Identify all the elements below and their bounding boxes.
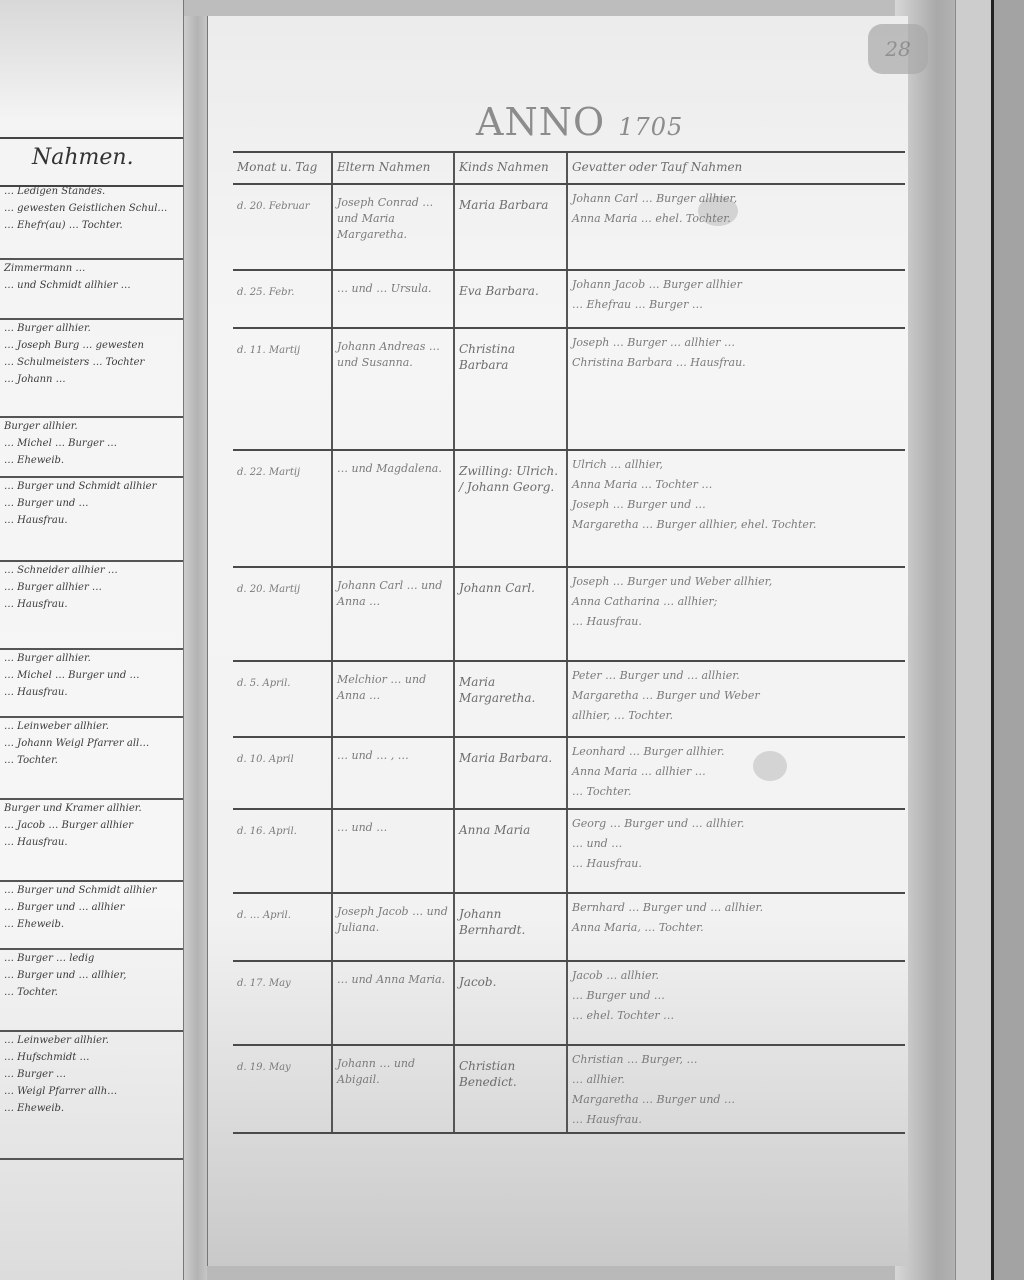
baptism-date: d. … April.	[233, 894, 333, 960]
godparents-cell: Joseph … Burger … allhier …Christina Bar…	[568, 329, 905, 449]
column-header-child: Kinds Nahmen	[455, 153, 568, 183]
baptism-register-table: Monat u. Tag Eltern Nahmen Kinds Nahmen …	[233, 151, 905, 1134]
godparent-line: … Hausfrau.	[572, 1112, 901, 1128]
left-entry-line: … Weigl Pfarrer allh…	[0, 1083, 183, 1100]
left-page-entry: … Burger allhier.… Joseph Burg … geweste…	[0, 320, 183, 418]
godparents-cell: Johann Jacob … Burger allhier… Ehefrau ……	[568, 271, 905, 327]
left-entry-line: … Hausfrau.	[0, 684, 183, 701]
ink-blot	[753, 751, 787, 781]
table-header: Monat u. Tag Eltern Nahmen Kinds Nahmen …	[233, 151, 905, 185]
table-row: d. 25. Febr.… und … Ursula.Eva Barbara.J…	[233, 271, 905, 329]
child-name: Anna Maria	[455, 810, 568, 892]
left-page-entry: Burger allhier.… Michel … Burger …… Ehew…	[0, 418, 183, 478]
left-entry-line: … Leinweber allhier.	[0, 1032, 183, 1049]
baptism-date: d. 17. May	[233, 962, 333, 1044]
left-entry-line: Burger allhier.	[0, 418, 183, 435]
godparents-cell: Georg … Burger und … allhier.… und …… Ha…	[568, 810, 905, 892]
table-row: d. 10. April… und … , …Maria Barbara.Leo…	[233, 738, 905, 810]
left-entry-line: … Burger und …	[0, 495, 183, 512]
godparent-line: … Hausfrau.	[572, 856, 901, 872]
godparent-line: Joseph … Burger und …	[572, 497, 901, 513]
godparent-line: Margaretha … Burger allhier, ehel. Tocht…	[572, 517, 901, 533]
left-entry-line: … Hausfrau.	[0, 596, 183, 613]
left-page-header: Nahmen.	[0, 137, 183, 187]
left-entry-line: … Burger allhier.	[0, 320, 183, 337]
table-row: d. 20. FebruarJoseph Conrad … und Maria …	[233, 185, 905, 271]
table-row: d. 17. May… und Anna Maria.Jacob.Jacob ……	[233, 962, 905, 1046]
baptism-date: d. 20. Martij	[233, 568, 333, 660]
left-entry-line: … Burger allhier.	[0, 650, 183, 667]
child-name: Maria Barbara.	[455, 738, 568, 808]
column-header-godparents: Gevatter oder Tauf Nahmen	[568, 153, 905, 183]
godparent-line: Georg … Burger und … allhier.	[572, 816, 901, 832]
left-page-entry: … Burger … ledig… Burger und … allhier,……	[0, 950, 183, 1032]
left-entry-line: … Hausfrau.	[0, 834, 183, 851]
godparents-cell: Leonhard … Burger allhier.Anna Maria … a…	[568, 738, 905, 808]
left-entry-line: … Burger und Schmidt allhier	[0, 478, 183, 495]
godparent-line: Margaretha … Burger und …	[572, 1092, 901, 1108]
left-entry-line: Zimmermann …	[0, 260, 183, 277]
left-entry-line: … Johann …	[0, 371, 183, 388]
left-entry-line: … Schulmeisters … Tochter	[0, 354, 183, 371]
parents-names: … und …	[333, 810, 455, 892]
godparent-line: Joseph … Burger … allhier …	[572, 335, 901, 351]
godparents-cell: Joseph … Burger und Weber allhier,Anna C…	[568, 568, 905, 660]
child-name: Jacob.	[455, 962, 568, 1044]
baptism-date: d. 16. April.	[233, 810, 333, 892]
left-entry-line: … Hufschmidt …	[0, 1049, 183, 1066]
parents-names: … und Magdalena.	[333, 451, 455, 566]
godparent-line: … Ehefrau … Burger …	[572, 297, 901, 313]
table-row: d. 22. Martij… und Magdalena.Zwilling: U…	[233, 451, 905, 568]
child-name: Christian Benedict.	[455, 1046, 568, 1132]
folio-number: 28	[868, 24, 928, 74]
folio-number-text: 28	[868, 24, 928, 74]
godparents-cell: Bernhard … Burger und … allhier.Anna Mar…	[568, 894, 905, 960]
godparent-line: … allhier.	[572, 1072, 901, 1088]
baptism-date: d. 5. April.	[233, 662, 333, 736]
left-entry-line: Burger und Kramer allhier.	[0, 800, 183, 817]
godparent-line: … Hausfrau.	[572, 614, 901, 630]
title-anno: ANNO	[476, 100, 605, 144]
left-entry-line: … Burger und … allhier	[0, 899, 183, 916]
godparent-line: Anna Maria … Tochter …	[572, 477, 901, 493]
left-entry-line: … und Schmidt allhier …	[0, 277, 183, 294]
title-year: 1705	[618, 113, 683, 141]
child-name: Maria Barbara	[455, 185, 568, 269]
left-entry-line: … Ledigen Standes.	[0, 183, 183, 200]
page-title: ANNO 1705	[476, 100, 683, 144]
godparent-line: allhier, … Tochter.	[572, 708, 901, 724]
left-entry-line: … Burger und Schmidt allhier	[0, 882, 183, 899]
page-top-shadow	[183, 0, 963, 16]
godparents-cell: Johann Carl … Burger allhier,Anna Maria …	[568, 185, 905, 269]
godparent-line: Ulrich … allhier,	[572, 457, 901, 473]
godparent-line: Christina Barbara … Hausfrau.	[572, 355, 901, 371]
godparents-cell: Christian … Burger, …… allhier.Margareth…	[568, 1046, 905, 1132]
left-entry-line: … Burger … ledig	[0, 950, 183, 967]
table-row: d. 19. MayJohann … und Abigail.Christian…	[233, 1046, 905, 1134]
child-name: Eva Barbara.	[455, 271, 568, 327]
godparents-cell: Peter … Burger und … allhier.Margaretha …	[568, 662, 905, 736]
table-row: d. 5. April.Melchior … und Anna …Maria M…	[233, 662, 905, 738]
godparent-line: Johann Jacob … Burger allhier	[572, 277, 901, 293]
parents-names: Johann … und Abigail.	[333, 1046, 455, 1132]
baptism-date: d. 19. May	[233, 1046, 333, 1132]
left-entry-line: … Tochter.	[0, 984, 183, 1001]
left-page-entry: Burger und Kramer allhier.… Jacob … Burg…	[0, 800, 183, 882]
godparent-line: Margaretha … Burger und Weber	[572, 688, 901, 704]
left-entry-line: … Burger …	[0, 1066, 183, 1083]
table-row: d. 20. MartijJohann Carl … und Anna …Joh…	[233, 568, 905, 662]
left-entry-line: … Michel … Burger und …	[0, 667, 183, 684]
book-gutter	[183, 0, 207, 1280]
left-entry-line: … Jacob … Burger allhier	[0, 817, 183, 834]
baptism-date: d. 11. Martij	[233, 329, 333, 449]
column-header-date: Monat u. Tag	[233, 153, 333, 183]
godparent-line: Peter … Burger und … allhier.	[572, 668, 901, 684]
left-page-entry: … Burger und Schmidt allhier… Burger und…	[0, 882, 183, 950]
godparent-line: … und …	[572, 836, 901, 852]
godparent-line: Anna Maria … allhier …	[572, 764, 901, 780]
scan-border	[991, 0, 1024, 1280]
table-row: d. … April.Joseph Jacob … und Juliana.Jo…	[233, 894, 905, 962]
left-entry-line: … Hausfrau.	[0, 512, 183, 529]
left-page-entry: … Leinweber allhier.… Johann Weigl Pfarr…	[0, 718, 183, 800]
child-name: Johann Carl.	[455, 568, 568, 660]
parents-names: … und Anna Maria.	[333, 962, 455, 1044]
left-page-entry: Zimmermann …… und Schmidt allhier …	[0, 260, 183, 320]
table-row: d. 16. April.… und …Anna MariaGeorg … Bu…	[233, 810, 905, 894]
child-name: Zwilling: Ulrich. / Johann Georg.	[455, 451, 568, 566]
child-name: Johann Bernhardt.	[455, 894, 568, 960]
baptism-date: d. 22. Martij	[233, 451, 333, 566]
ink-blot	[698, 196, 738, 226]
left-entry-line: … Eheweib.	[0, 1100, 183, 1117]
godparent-line: Christian … Burger, …	[572, 1052, 901, 1068]
column-header-parents: Eltern Nahmen	[333, 153, 455, 183]
left-entry-line: … Burger und … allhier,	[0, 967, 183, 984]
register-page: 28 ANNO 1705 Monat u. Tag Eltern Nahmen …	[207, 16, 908, 1266]
godparent-line: Bernhard … Burger und … allhier.	[572, 900, 901, 916]
left-entry-line: … Eheweib.	[0, 916, 183, 933]
godparent-line: Leonhard … Burger allhier.	[572, 744, 901, 760]
parents-names: Johann Carl … und Anna …	[333, 568, 455, 660]
left-entry-line: … Michel … Burger …	[0, 435, 183, 452]
parents-names: Joseph Jacob … und Juliana.	[333, 894, 455, 960]
godparent-line: Jacob … allhier.	[572, 968, 901, 984]
godparent-line: … Tochter.	[572, 784, 901, 800]
godparent-line: … Burger und …	[572, 988, 901, 1004]
child-name: Christina Barbara	[455, 329, 568, 449]
baptism-date: d. 25. Febr.	[233, 271, 333, 327]
left-page-entry: … Leinweber allhier.… Hufschmidt …… Burg…	[0, 1032, 183, 1160]
table-row: d. 11. MartijJohann Andreas … und Susann…	[233, 329, 905, 451]
left-entry-line: … Joseph Burg … gewesten	[0, 337, 183, 354]
parents-names: Melchior … und Anna …	[333, 662, 455, 736]
left-header-label: Nahmen.	[32, 145, 134, 170]
godparents-cell: Ulrich … allhier,Anna Maria … Tochter …J…	[568, 451, 905, 566]
child-name: Maria Margaretha.	[455, 662, 568, 736]
parents-names: … und … , …	[333, 738, 455, 808]
godparents-cell: Jacob … allhier.… Burger und …… ehel. To…	[568, 962, 905, 1044]
left-entry-line: … Ehefr(au) … Tochter.	[0, 217, 183, 234]
godparent-line: … ehel. Tochter …	[572, 1008, 901, 1024]
page-edge	[955, 0, 992, 1280]
left-page-entry: … Burger allhier.… Michel … Burger und ……	[0, 650, 183, 718]
parents-names: … und … Ursula.	[333, 271, 455, 327]
parents-names: Johann Andreas … und Susanna.	[333, 329, 455, 449]
left-entry-line: … Tochter.	[0, 752, 183, 769]
godparent-line: Anna Catharina … allhier;	[572, 594, 901, 610]
parents-names: Joseph Conrad … und Maria Margaretha.	[333, 185, 455, 269]
baptism-date: d. 20. Februar	[233, 185, 333, 269]
left-entry-line: … Leinweber allhier.	[0, 718, 183, 735]
left-entry-line: … Burger allhier …	[0, 579, 183, 596]
left-entry-line: … Schneider allhier …	[0, 562, 183, 579]
baptism-date: d. 10. April	[233, 738, 333, 808]
left-page: Nahmen. … Ledigen Standes.… gewesten Gei…	[0, 0, 184, 1280]
godparent-line: Joseph … Burger und Weber allhier,	[572, 574, 901, 590]
left-page-entry: … Ledigen Standes.… gewesten Geistlichen…	[0, 183, 183, 260]
godparent-line: Anna Maria, … Tochter.	[572, 920, 901, 936]
left-entry-line: … gewesten Geistlichen Schul…	[0, 200, 183, 217]
left-entry-line: … Johann Weigl Pfarrer all…	[0, 735, 183, 752]
left-page-entry: … Schneider allhier …… Burger allhier ………	[0, 562, 183, 650]
left-entry-line: … Eheweib.	[0, 452, 183, 469]
left-page-entry: … Burger und Schmidt allhier… Burger und…	[0, 478, 183, 562]
